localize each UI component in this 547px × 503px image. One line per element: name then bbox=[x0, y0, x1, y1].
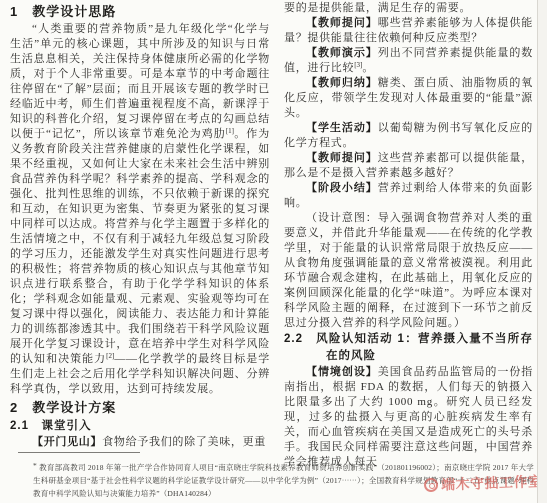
section-1-heading: 1 教学设计思路 bbox=[10, 1, 270, 22]
footnote-marker: * bbox=[33, 461, 37, 470]
activity-paragraph: 【教师提问】这些营养素都可以提供能量，那么是不是摄入营养素越多越好？ bbox=[284, 151, 533, 181]
lead-in-tag: 【开门见山】 bbox=[32, 436, 102, 448]
right-column: 要的是提供能量，满足生存的需要。 【教师提问】哪些营养素能够为人体提供能量？提供… bbox=[284, 1, 533, 470]
funding-footnote: * 教育部高教司 2018 年第一批产学合作协同育人项目“南京晓庄学院科技素养教… bbox=[33, 459, 534, 500]
activity-paragraph: 【阶段小结】营养过剩给人体带来的负面影响。 bbox=[284, 181, 533, 211]
left-column: 1 教学设计思路 “人类重要的营养物质”是九年级化学“化学与生活”单元的核心课题… bbox=[10, 1, 270, 450]
page-edge-line bbox=[537, 0, 538, 503]
design-intent-paragraph: （设计意图：导入强调食物营养对人类的重要意义，并借此升华能量观——在传统的化学教… bbox=[284, 211, 533, 331]
activity-tag: 【教师演示】 bbox=[306, 47, 378, 59]
scenario-text: 美国食品药品监管局的一份指南指出，根据 FDA 的数据，人们每天的钠摄入比限量多… bbox=[284, 366, 533, 468]
activity-tag: 【教师提问】 bbox=[306, 17, 378, 29]
activity-paragraph: 【学生活动】以葡萄糖为例书写氧化反应的化学方程式。 bbox=[284, 121, 533, 151]
lead-in-paragraph: 【开门见山】食物给予我们的除了美味，更重 bbox=[10, 435, 270, 450]
activity-paragraph: 【教师归纳】糖类、蛋白质、油脂物质的氧化反应，带领学生发现对人体最重要的“能量”… bbox=[284, 76, 533, 121]
activity-paragraph: 【教师演示】列出不同营养素提供能量的数值，进行比较[3]。 bbox=[284, 46, 533, 76]
lead-in-text: 食物给予我们的除了美味，更重 bbox=[102, 436, 266, 448]
intro-paragraph: “人类重要的营养物质”是九年级化学“化学与生活”单元的核心课题，其中所涉及的知识… bbox=[10, 22, 270, 397]
activity-text: 。 bbox=[362, 62, 374, 74]
section-2-1-heading: 2.1 课堂引入 bbox=[10, 418, 270, 435]
activity-tag: 【教师提问】 bbox=[306, 152, 378, 164]
activity-tag: 【教师归纳】 bbox=[306, 77, 378, 89]
scanned-paper-page: 1 教学设计思路 “人类重要的营养物质”是九年级化学“化学与生活”单元的核心课题… bbox=[0, 0, 547, 503]
intro-text-1: “人类重要的营养物质”是九年级化学“化学与生活”单元的核心课题，其中所涉及的知识… bbox=[10, 23, 270, 140]
activity-paragraph: 【教师提问】哪些营养素能够为人体提供能量？提供能量往往依赖何种反应类型？ bbox=[284, 16, 533, 46]
section-2-heading: 2 教学设计方案 bbox=[10, 397, 270, 418]
activity-tag: 【阶段小结】 bbox=[306, 182, 378, 194]
intro-text-2: 。作为义务教育阶段关注营养健康的启蒙性化学课程，如果不经重视，又如何让大家在未来… bbox=[10, 128, 270, 365]
continuation-paragraph: 要的是提供能量，满足生存的需要。 bbox=[284, 1, 533, 16]
activity-tag: 【学生活动】 bbox=[306, 122, 378, 134]
citation-ref-1: [1] bbox=[226, 127, 234, 135]
scenario-paragraph: 【情境创设】美国食品药品监管局的一份指南指出，根据 FDA 的数据，人们每天的钠… bbox=[284, 365, 533, 470]
scenario-tag: 【情境创设】 bbox=[306, 366, 378, 378]
page-edge-strip bbox=[538, 0, 547, 503]
section-2-2-heading: 2.2 风险认知活动 1：营养摄入量不当所存在的风险 bbox=[284, 331, 533, 365]
footnote-text: 教育部高教司 2018 年第一批产学合作协同育人项目“南京晓庄学院科技素养教育师… bbox=[33, 463, 534, 498]
footnote-divider bbox=[18, 452, 140, 453]
